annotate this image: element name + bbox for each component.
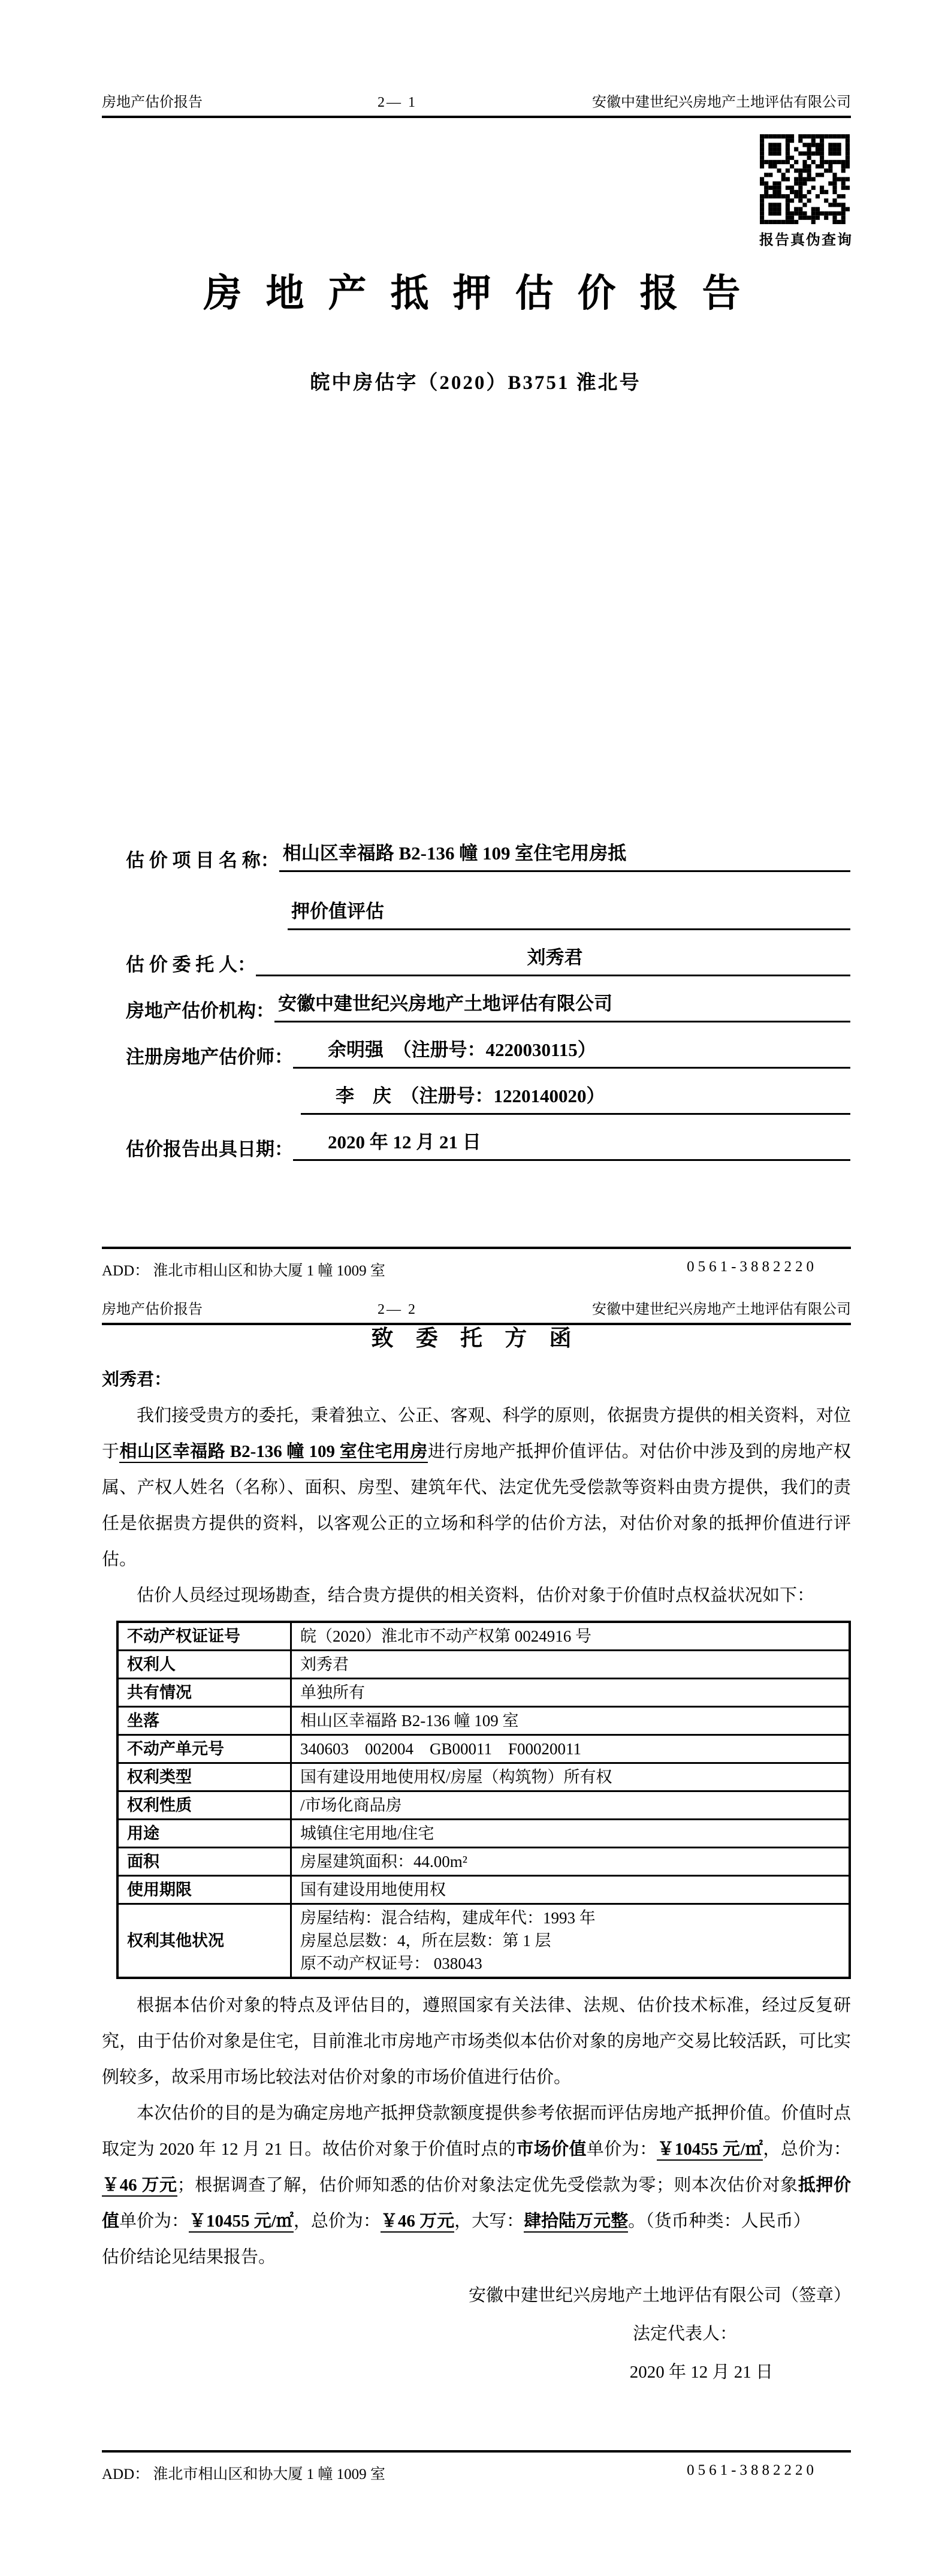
table-row: 不动产单元号340603 002004 GB00011 F00020011 — [117, 1735, 850, 1763]
field-label: 估 价 委 托 人： — [126, 949, 256, 976]
qr-verification-block: 报告真伪查询 — [759, 134, 850, 249]
table-row-value: 单独所有 — [291, 1679, 850, 1707]
page-2-letter: 房地产估价报告 2— 2 安徽中建世纪兴房地产土地评估有限公司 致 委 托 方 … — [0, 1287, 951, 2576]
signature-legal-representative: 法定代表人： — [102, 2315, 851, 2353]
header-company: 安徽中建世纪兴房地产土地评估有限公司 — [592, 90, 851, 111]
table-row-label: 权利其他状况 — [117, 1904, 291, 1978]
qr-code-icon — [760, 134, 850, 224]
table-row-value: 房屋结构：混合结构，建成年代：1993 年房屋总层数：4，所在层数：第 1 层原… — [291, 1904, 850, 1978]
table-row-value: 国有建设用地使用权/房屋（构筑物）所有权 — [291, 1763, 850, 1791]
table-row-label: 坐落 — [117, 1707, 291, 1735]
table-row: 用途城镇住宅用地/住宅 — [117, 1820, 850, 1848]
field-value: 李 庆 （注册号：1220140020） — [301, 1081, 850, 1115]
signature-date: 2020 年 12 月 21 日 — [102, 2353, 851, 2391]
paragraph-valuation-result: 本次估价的目的是为确定房地产抵押贷款额度提供参考依据而评估房地产抵押价值。价值时… — [102, 2095, 851, 2239]
page1-footer: ADD： 淮北市相山区和协大厦 1 幢 1009 室 0561-3882220 — [102, 1247, 851, 1280]
paragraph-method: 根据本估价对象的特点及评估目的，遵照国家有关法律、法规、估价技术标准，经过反复研… — [102, 1987, 851, 2095]
table-row: 共有情况单独所有 — [117, 1679, 850, 1707]
qr-caption: 报告真伪查询 — [759, 228, 850, 249]
table-row-value: 340603 002004 GB00011 F00020011 — [291, 1735, 850, 1763]
table-row: 权利人刘秀君 — [117, 1651, 850, 1679]
table-row-label: 权利人 — [117, 1651, 291, 1679]
field-report-date: 估价报告出具日期： 2020 年 12 月 21 日 — [126, 1127, 850, 1161]
header-page-number: 2— 2 — [378, 1302, 417, 1318]
footer-phone: 0561-3882220 — [687, 1259, 851, 1280]
table-row: 坐落相山区幸福路 B2-136 幢 109 室 — [117, 1707, 850, 1735]
field-client: 估 价 委 托 人： 刘秀君 — [126, 942, 850, 976]
paragraph-commission: 我们接受贵方的委托，秉着独立、公正、客观、科学的原则，依据贵方提供的相关资料，对… — [102, 1398, 851, 1577]
table-row: 面积房屋建筑面积：44.00m² — [117, 1848, 850, 1876]
field-project-name-line2: 押价值评估 — [126, 896, 850, 930]
field-label: 估 价 项 目 名 称： — [126, 845, 279, 872]
table-row-value: 国有建设用地使用权 — [291, 1876, 850, 1904]
field-label: 估价报告出具日期： — [126, 1134, 293, 1161]
property-rights-table: 不动产权证证号皖（2020）淮北市不动产权第 0024916 号权利人刘秀君共有… — [116, 1621, 851, 1979]
table-row-value: 相山区幸福路 B2-136 幢 109 室 — [291, 1707, 850, 1735]
table-row-label: 权利性质 — [117, 1791, 291, 1820]
paragraph-conclusion-note: 估价结论见结果报告。 — [102, 2239, 851, 2275]
footer-address: ADD： 淮北市相山区和协大厦 1 幢 1009 室 — [102, 2462, 385, 2484]
table-row: 权利其他状况房屋结构：混合结构，建成年代：1993 年房屋总层数：4，所在层数：… — [117, 1904, 850, 1978]
footer-phone: 0561-3882220 — [687, 2462, 851, 2484]
salutation: 刘秀君： — [102, 1362, 851, 1398]
appraisal-report-document: 房地产估价报告 2— 1 安徽中建世纪兴房地产土地评估有限公司 报告真伪查询 房… — [0, 0, 951, 2576]
table-row: 权利类型国有建设用地使用权/房屋（构筑物）所有权 — [117, 1763, 850, 1791]
table-row-value: 城镇住宅用地/住宅 — [291, 1820, 850, 1848]
header-company: 安徽中建世纪兴房地产土地评估有限公司 — [592, 1297, 851, 1318]
table-row-label: 使用期限 — [117, 1876, 291, 1904]
page2-footer: ADD： 淮北市相山区和协大厦 1 幢 1009 室 0561-3882220 — [102, 2450, 851, 2484]
report-title: 房 地 产 抵 押 估 价 报 告 — [0, 263, 951, 318]
table-row-label: 用途 — [117, 1820, 291, 1848]
page-1-cover: 房地产估价报告 2— 1 安徽中建世纪兴房地产土地评估有限公司 报告真伪查询 房… — [0, 0, 951, 1287]
field-value: 安徽中建世纪兴房地产土地评估有限公司 — [274, 988, 850, 1022]
field-value: 刘秀君 — [256, 942, 850, 976]
field-agency: 房地产估价机构： 安徽中建世纪兴房地产土地评估有限公司 — [126, 988, 850, 1022]
table-row-label: 不动产单元号 — [117, 1735, 291, 1763]
table-row: 使用期限国有建设用地使用权 — [117, 1876, 850, 1904]
table-row-label: 权利类型 — [117, 1763, 291, 1791]
letter-title: 致 委 托 方 函 — [0, 1320, 951, 1352]
table-row-value: 刘秀君 — [291, 1651, 850, 1679]
field-project-name: 估 价 项 目 名 称： 相山区幸福路 B2-136 幢 109 室住宅用房抵 — [126, 838, 850, 872]
page1-running-header: 房地产估价报告 2— 1 安徽中建世纪兴房地产土地评估有限公司 — [102, 90, 851, 118]
header-page-number: 2— 1 — [378, 95, 417, 111]
letter-body: 刘秀君： 我们接受贵方的委托，秉着独立、公正、客观、科学的原则，依据贵方提供的相… — [102, 1362, 851, 2391]
header-doc-type: 房地产估价报告 — [102, 90, 203, 111]
field-value: 2020 年 12 月 21 日 — [293, 1127, 850, 1161]
field-value: 余明强 （注册号：4220030115） — [293, 1034, 850, 1069]
footer-address: ADD： 淮北市相山区和协大厦 1 幢 1009 室 — [102, 1259, 385, 1280]
field-appraiser-2: 李 庆 （注册号：1220140020） — [126, 1081, 850, 1115]
cover-fields: 估 价 项 目 名 称： 相山区幸福路 B2-136 幢 109 室住宅用房抵 … — [126, 838, 850, 1173]
signature-company: 安徽中建世纪兴房地产土地评估有限公司（签章） — [102, 2276, 851, 2315]
field-label: 注册房地产估价师： — [126, 1042, 293, 1069]
table-row-label: 不动产权证证号 — [117, 1622, 291, 1651]
signature-block: 安徽中建世纪兴房地产土地评估有限公司（签章） 法定代表人： 2020 年 12 … — [102, 2276, 851, 2391]
field-label: 房地产估价机构： — [126, 996, 274, 1022]
table-row-label: 共有情况 — [117, 1679, 291, 1707]
field-value: 相山区幸福路 B2-136 幢 109 室住宅用房抵 — [279, 838, 850, 872]
table-row: 不动产权证证号皖（2020）淮北市不动产权第 0024916 号 — [117, 1622, 850, 1651]
table-row-value: 皖（2020）淮北市不动产权第 0024916 号 — [291, 1622, 850, 1651]
table-row-value: /市场化商品房 — [291, 1791, 850, 1820]
table-row-value: 房屋建筑面积：44.00m² — [291, 1848, 850, 1876]
field-appraiser-1: 注册房地产估价师： 余明强 （注册号：4220030115） — [126, 1034, 850, 1069]
paragraph-inspection: 估价人员经过现场勘查，结合贵方提供的相关资料，估价对象于价值时点权益状况如下： — [102, 1577, 851, 1613]
report-number: 皖中房估字（2020）B3751 淮北号 — [0, 367, 951, 395]
header-doc-type: 房地产估价报告 — [102, 1297, 203, 1318]
field-value: 押价值评估 — [288, 896, 850, 930]
table-row-label: 面积 — [117, 1848, 291, 1876]
table-row: 权利性质/市场化商品房 — [117, 1791, 850, 1820]
